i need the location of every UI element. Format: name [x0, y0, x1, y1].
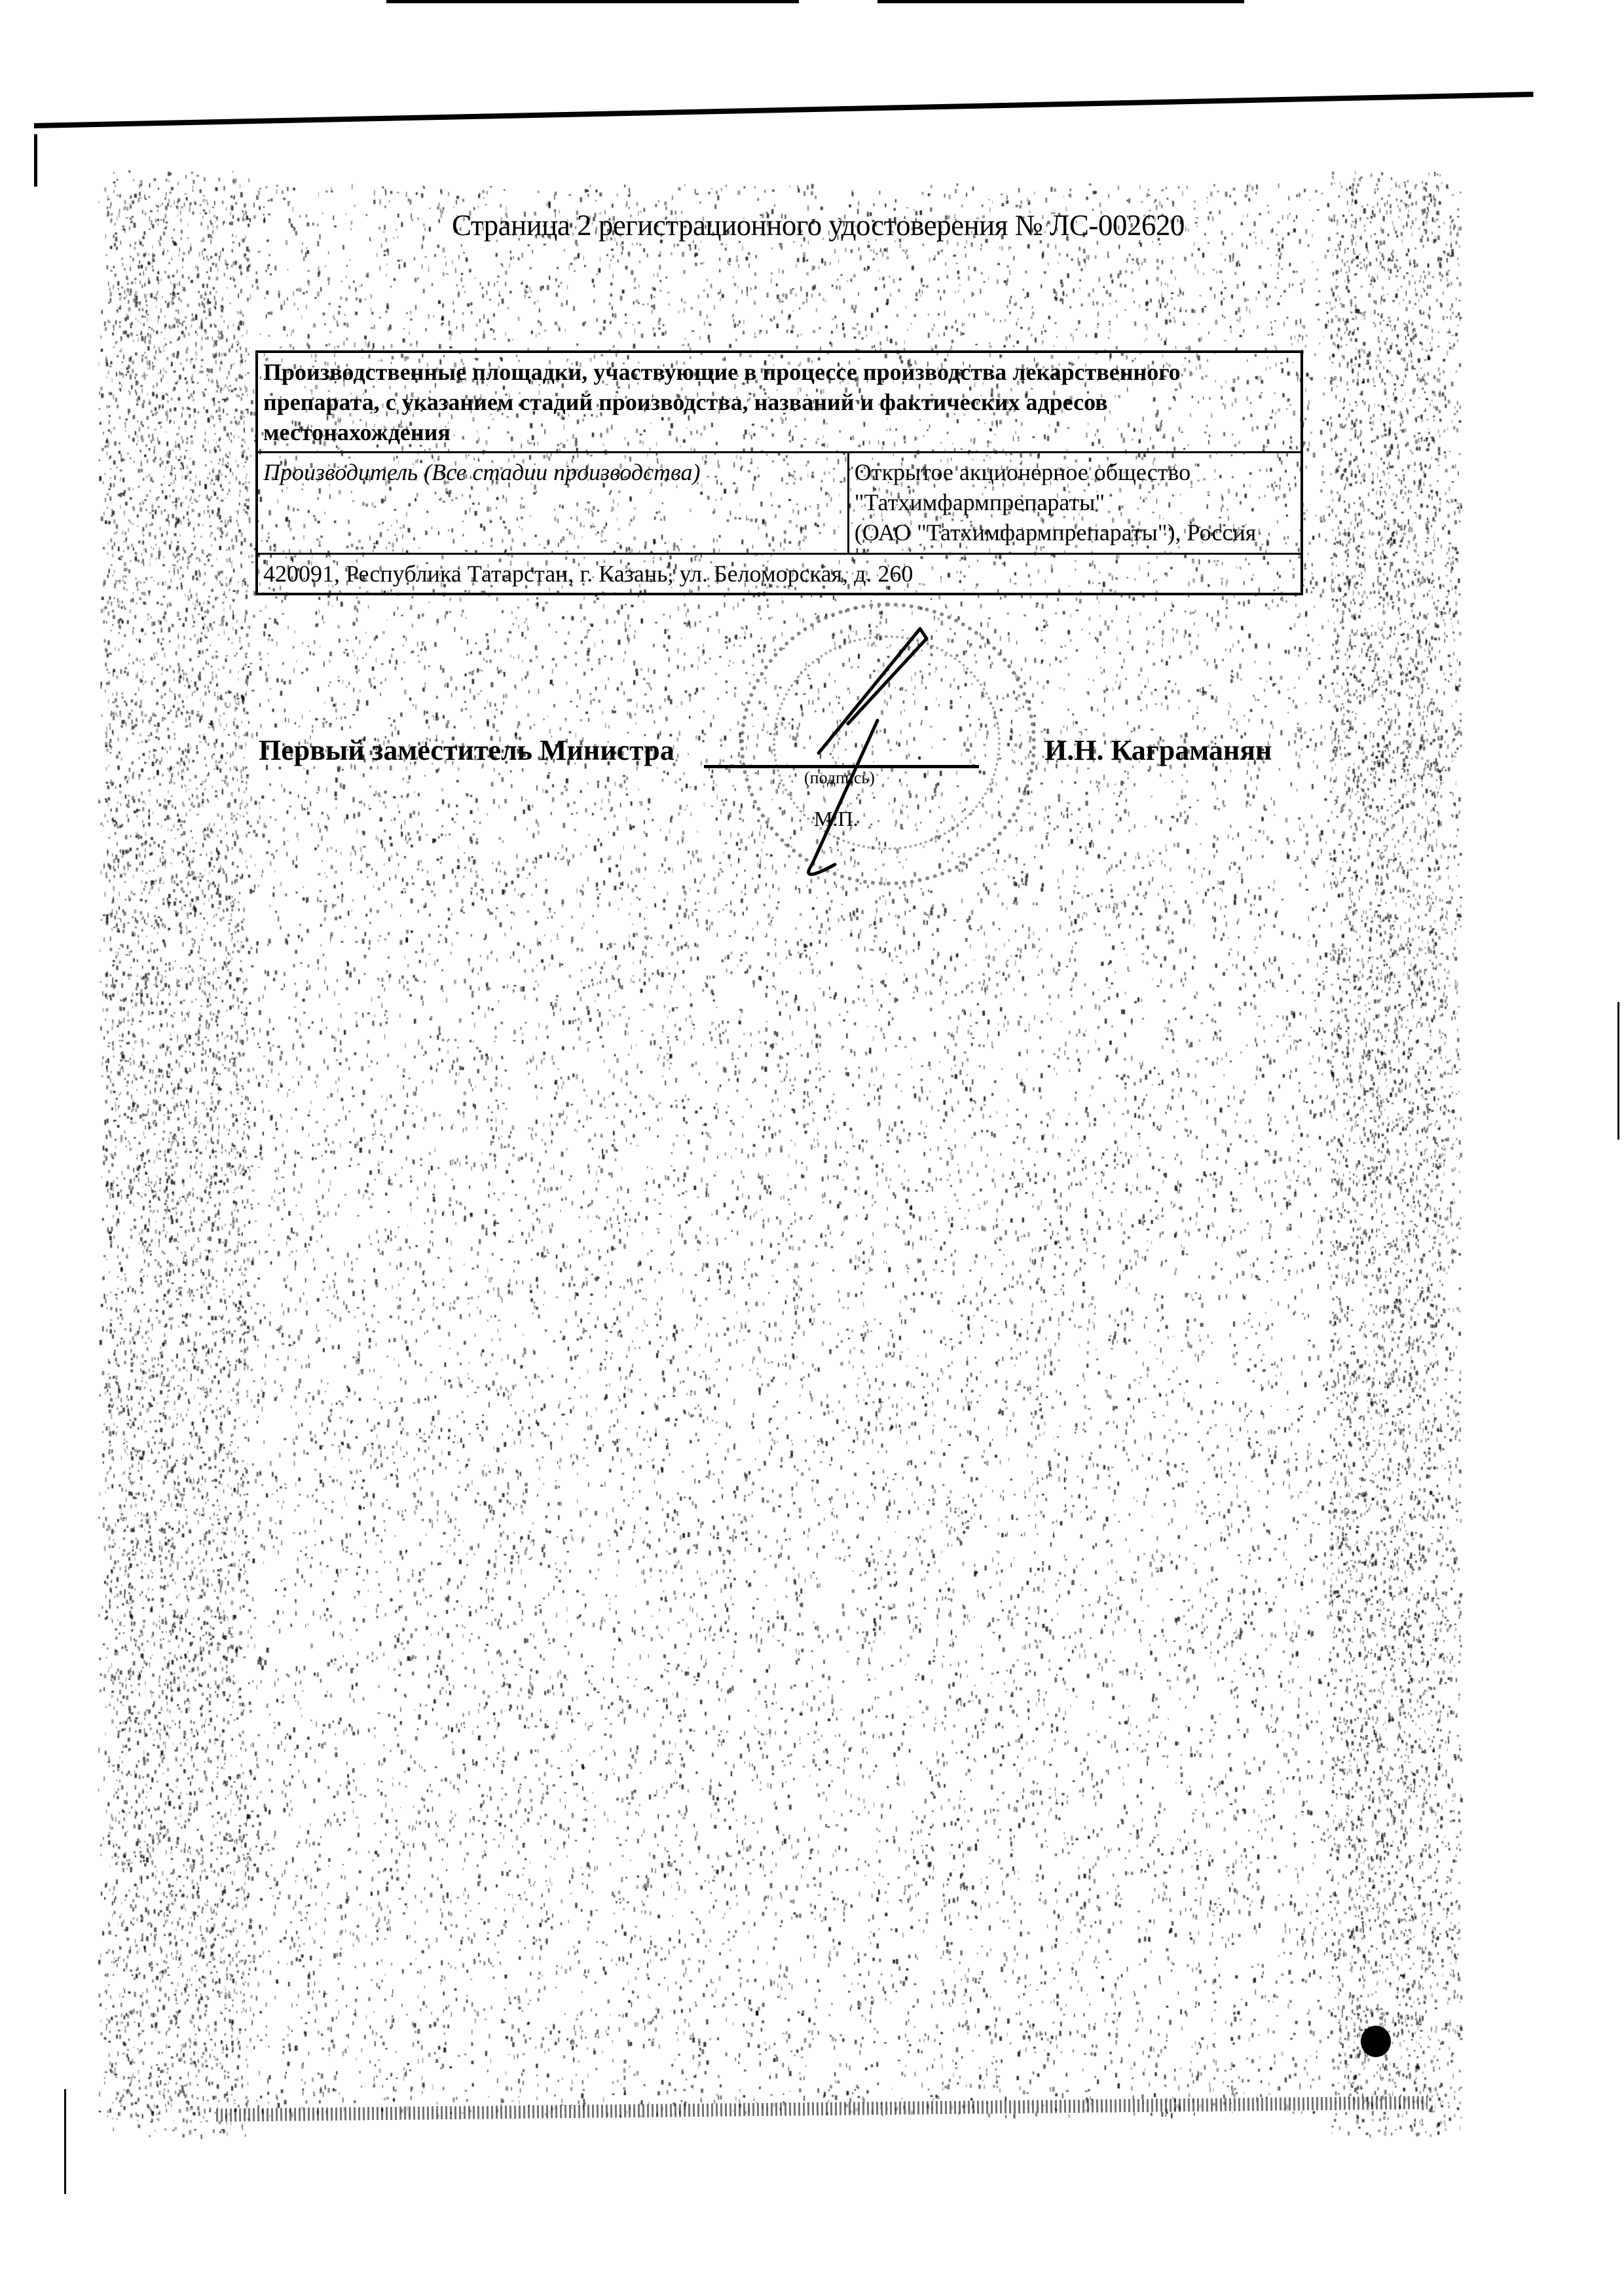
table-header-cell: Производственные площадки, участвующие в…: [257, 352, 1302, 453]
margin-line: [1617, 1002, 1619, 1140]
margin-line: [64, 2168, 66, 2194]
signer-title: Первый заместитель Министра: [259, 734, 674, 767]
top-border-line: [34, 92, 1534, 128]
page-title: Страница 2 регистрационного удостоверени…: [452, 208, 1172, 242]
organization-line: (ОАО "Татхимфармпрепараты"), Россия: [855, 517, 1295, 548]
scan-noise: [0, 0, 1624, 2287]
address-cell: 420091, Республика Татарстан, г. Казань,…: [257, 554, 1302, 595]
punch-hole-mark: [1361, 2026, 1391, 2057]
handwritten-signature-icon: [786, 603, 943, 878]
organization-cell: Открытое акционерное общество "Татхимфар…: [848, 453, 1302, 554]
organization-line: Открытое акционерное общество: [855, 457, 1295, 487]
production-sites-table: Производственные площадки, участвующие в…: [255, 350, 1303, 595]
signer-name: И.Н. Каграманян: [1044, 734, 1272, 767]
scan-edge-mark: [386, 0, 799, 3]
scan-edge-mark: [877, 0, 1244, 3]
manufacturer-role-cell: Производитель (Все стадии производства): [257, 453, 848, 554]
table-row: Производитель (Все стадии производства) …: [257, 453, 1302, 554]
margin-line: [64, 2089, 66, 2174]
organization-line: "Татхимфармпрепараты": [855, 487, 1295, 517]
scan-bottom-edge: [216, 2096, 1428, 2121]
signature-block: Первый заместитель Министра И.Н. Каграма…: [259, 734, 1306, 773]
left-border-line: [34, 134, 37, 187]
